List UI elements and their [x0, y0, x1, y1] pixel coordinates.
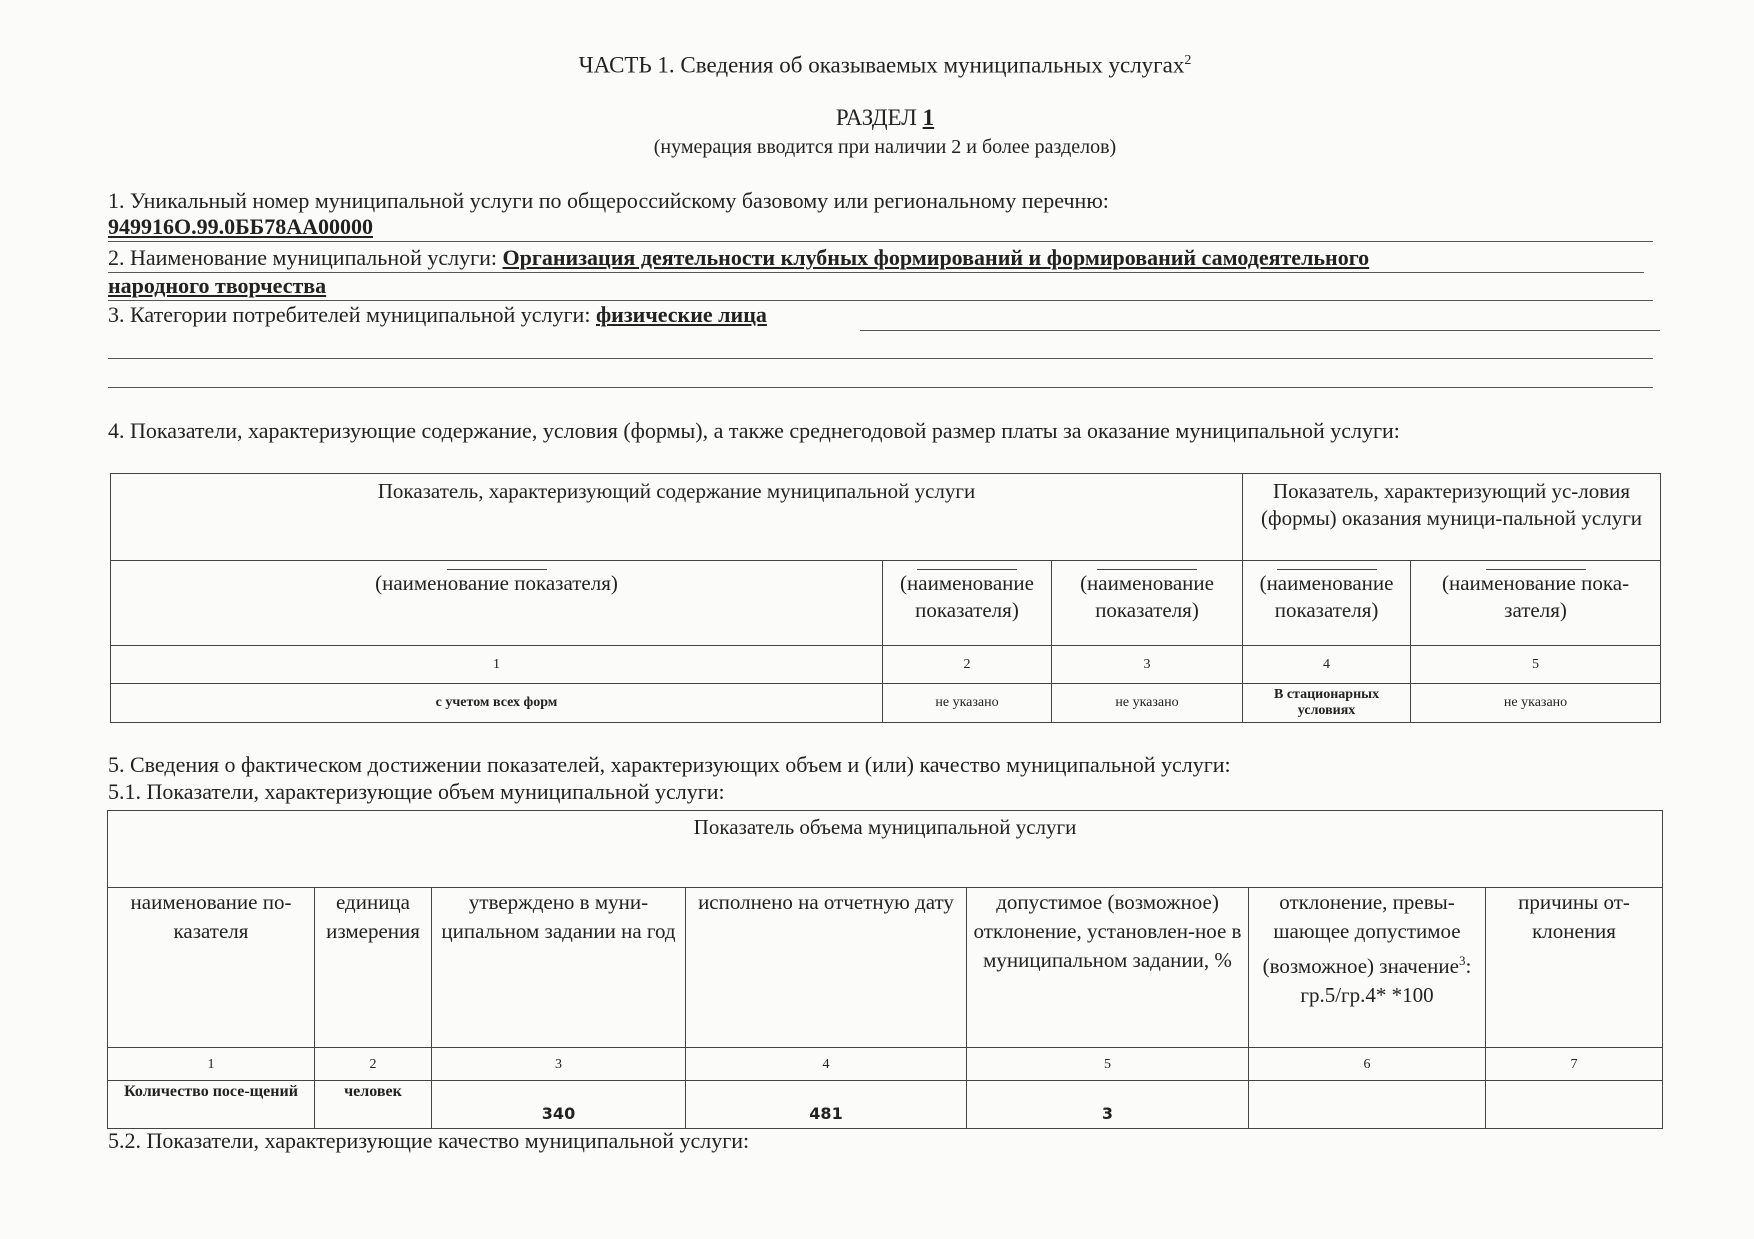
fill-line: [108, 358, 1653, 359]
table-cell: человек: [315, 1081, 432, 1129]
section-note: (нумерация вводится при наличии 2 и боле…: [0, 134, 1754, 160]
header-cell: утверждено в муни-ципальном задании на г…: [432, 888, 686, 1048]
header-cell: отклонение, превы-шающее допустимое (воз…: [1249, 888, 1486, 1048]
service-code: 949916О.99.0ББ78АА00000: [108, 214, 373, 240]
table-cell: не указано: [1411, 684, 1661, 723]
subheader-cell: (наименование пока-зателя): [1411, 561, 1661, 646]
part-title: ЧАСТЬ 1. Сведения об оказываемых муницип…: [0, 48, 1754, 79]
subheader-cell: (наименование показателя): [883, 561, 1052, 646]
group-header-content: Показатель, характеризующий содержание м…: [111, 474, 1243, 561]
subheader-cell: (наименование показателя): [1243, 561, 1411, 646]
fill-line: [108, 387, 1653, 388]
header-cell: наименование по-казателя: [108, 888, 315, 1048]
column-number: 5: [967, 1048, 1249, 1081]
item3-label: 3. Категории потребителей муниципальной …: [108, 302, 590, 327]
table-cell: 3: [967, 1081, 1249, 1129]
header-cell: исполнено на отчетную дату: [686, 888, 967, 1048]
volume-indicators-table: Показатель объема муниципальной услуги н…: [107, 810, 1663, 1129]
group-header-volume: Показатель объема муниципальной услуги: [108, 811, 1663, 888]
header-cell: причины от-клонения: [1486, 888, 1663, 1048]
section-number: 1: [923, 105, 935, 130]
table-cell: не указано: [1052, 684, 1243, 723]
fill-line: [108, 300, 1653, 301]
fill-line: [108, 241, 1653, 242]
table-cell: [1486, 1081, 1663, 1129]
item1-label: 1. Уникальный номер муниципальной услуги…: [108, 188, 1109, 214]
service-name-line2: народного творчества: [108, 273, 326, 299]
item2-label: 2. Наименование муниципальной услуги:: [108, 245, 497, 270]
column-number: 2: [883, 646, 1052, 684]
column-number: 2: [315, 1048, 432, 1081]
table-cell: Количество посе-щений: [108, 1081, 315, 1129]
column-number: 3: [432, 1048, 686, 1081]
column-number: 4: [686, 1048, 967, 1081]
item2-field: 2. Наименование муниципальной услуги: Ор…: [108, 245, 1369, 271]
section5-1-title: 5.1. Показатели, характеризующие объем м…: [108, 779, 725, 805]
service-name-line1: Организация деятельности клубных формиро…: [503, 245, 1370, 270]
table-cell: [1249, 1081, 1486, 1129]
item3-field: 3. Категории потребителей муниципальной …: [108, 302, 767, 328]
table-cell: 481: [686, 1081, 967, 1129]
column-number: 4: [1243, 646, 1411, 684]
table-cell: не указано: [883, 684, 1052, 723]
table-row: Количество посе-щений человек 340 481 3: [108, 1081, 1663, 1129]
fill-line: [860, 330, 1660, 331]
table-cell: В стационарных условиях: [1243, 684, 1411, 723]
item4-label: 4. Показатели, характеризующие содержани…: [108, 418, 1400, 444]
table-row: с учетом всех форм не указано не указано…: [111, 684, 1661, 723]
section-heading: РАЗДЕЛ 1: [0, 105, 1754, 131]
part-title-text: ЧАСТЬ 1. Сведения об оказываемых муницип…: [579, 53, 1185, 78]
column-number: 3: [1052, 646, 1243, 684]
column-number: 7: [1486, 1048, 1663, 1081]
column-number: 1: [108, 1048, 315, 1081]
fill-line: [108, 272, 1644, 273]
subheader-cell: (наименование показателя): [111, 561, 883, 646]
subheader-cell: (наименование показателя): [1052, 561, 1243, 646]
column-number: 1: [111, 646, 883, 684]
section5-2-title: 5.2. Показатели, характеризующие качеств…: [108, 1128, 749, 1154]
table-cell: 340: [432, 1081, 686, 1129]
section5-title: 5. Сведения о фактическом достижении пок…: [108, 752, 1231, 778]
group-header-conditions: Показатель, характеризующий ус-ловия (фо…: [1243, 474, 1661, 561]
section-label: РАЗДЕЛ: [836, 105, 917, 130]
column-number: 5: [1411, 646, 1661, 684]
footnote-marker: 2: [1184, 53, 1191, 68]
header-cell: единица измерения: [315, 888, 432, 1048]
consumer-category: физические лица: [596, 302, 767, 327]
column-number: 6: [1249, 1048, 1486, 1081]
header-cell: допустимое (возможное) отклонение, устан…: [967, 888, 1249, 1048]
content-indicators-table: Показатель, характеризующий содержание м…: [110, 473, 1661, 723]
table-cell: с учетом всех форм: [111, 684, 883, 723]
